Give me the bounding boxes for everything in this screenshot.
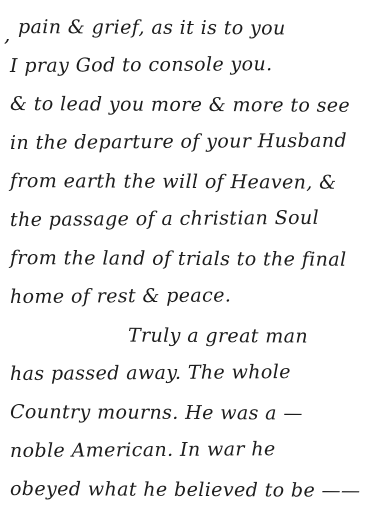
letter-line: in the departure of your Husband <box>10 121 379 162</box>
letter-line: Country mourns. He was a — <box>10 393 379 433</box>
letter-line: has passed away. The whole <box>10 352 379 393</box>
letter-line: obeyed what he believed to be —— <box>10 470 379 510</box>
letter-line: pain & grief, as it is to you <box>10 8 379 48</box>
letter-line: & to lead you more & more to see <box>10 85 379 125</box>
letter-line: from the land of trials to the final <box>10 239 379 279</box>
letter-line: Truly a great man <box>10 316 379 356</box>
letter-page: , pain & grief, as it is to you I pray G… <box>0 0 385 516</box>
letter-line: the passage of a christian Soul <box>10 198 379 239</box>
letter-line: noble American. In war he <box>10 429 379 470</box>
letter-line: home of rest & peace. <box>10 275 379 316</box>
letter-line: from earth the will of Heaven, & <box>10 162 379 202</box>
letter-line: I pray God to console you. <box>10 44 379 85</box>
